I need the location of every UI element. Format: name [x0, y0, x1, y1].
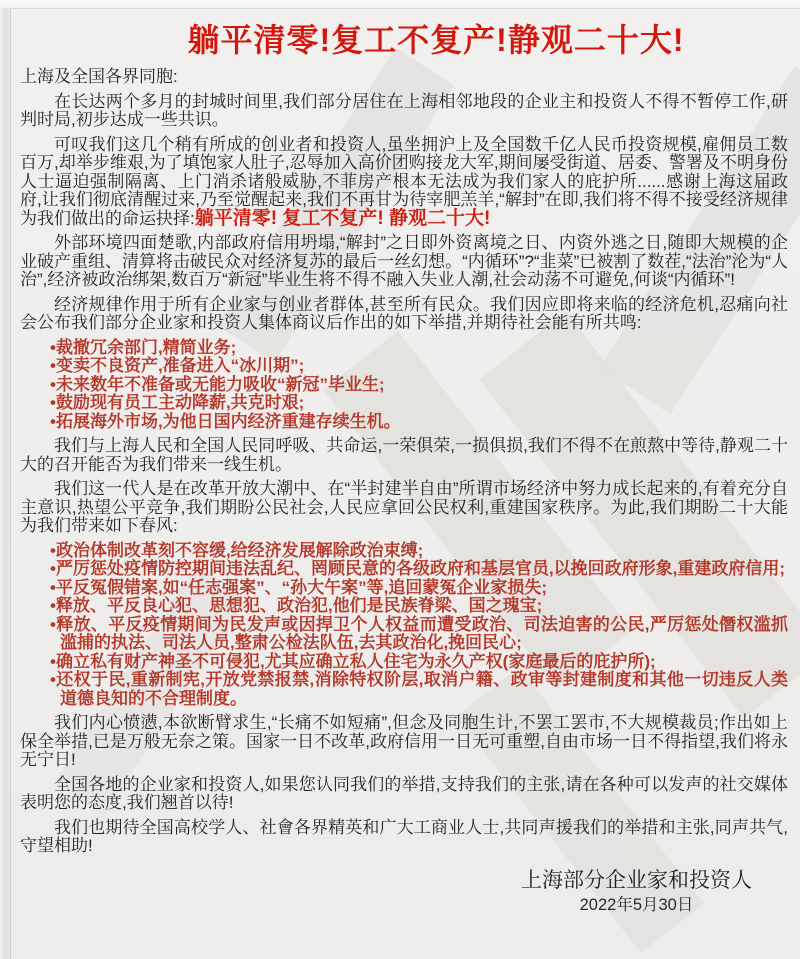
paragraph-2: 可叹我们这几个稍有所成的创业者和投资人,虽坐拥沪上及全国数千亿人民币投资规模,雇… [20, 136, 788, 229]
paragraph-9: 我们也期待全国高校学人、社會各界精英和广大工商业人士,共同声援我们的举措和主张,… [20, 819, 788, 856]
salutation: 上海及全国各界同胞: [20, 68, 788, 87]
list-item: •严厉惩处疫情防控期间违法乱纪、罔顾民意的各级政府和基层官员,以挽回政府形象,重… [50, 560, 788, 579]
list-item: •拓展海外市场,为他日国内经济重建存续生机。 [50, 413, 788, 432]
paragraph-6: 我们这一代人是在改革开放大潮中、在“半封建半自由”所谓市场经济中努力成长起来的,… [20, 480, 788, 536]
appeals-list: •政治体制改革刻不容缓,给经济发展解除政治束缚; •严厉惩处疫情防控期间违法乱纪… [50, 542, 788, 709]
date: 2022年5月30日 [521, 894, 752, 916]
paragraph-8: 全国各地的企业家和投资人,如果您认同我们的举措,支持我们的主张,请在各种可以发声… [20, 776, 788, 813]
inline-slogan: 躺平清零! 复工不复产! 静观二十大! [195, 208, 491, 229]
list-item: •确立私有财产神圣不可侵犯,尤其应确立私人住宅为永久产权(家庭最后的庇护所); [50, 653, 788, 672]
paragraph-7: 我们内心愤懑,本欲断臂求生,“长痛不如短痛”,但念及同胞生计,不罢工罢市,不大规… [20, 714, 788, 770]
signature-row: 上海部分企业家和投资人 2022年5月30日 [20, 868, 788, 916]
document-page: 躺平清零!复工不复产!静观二十大! 上海及全国各界同胞: 在长达两个多月的封城时… [0, 0, 800, 959]
scan-left-edge [0, 8, 11, 959]
paragraph-1: 在长达两个多月的封城时间里,我们部分居住在上海相邻地段的企业主和投资人不得不暂停… [20, 93, 788, 130]
document-body: 躺平清零!复工不复产!静观二十大! 上海及全国各界同胞: 在长达两个多月的封城时… [0, 0, 800, 916]
scan-top-edge [0, 0, 800, 9]
measures-list: •裁撤冗余部门,精简业务; •变卖不良资产,准备进入“冰川期”; •未来数年不准… [50, 339, 788, 432]
paragraph-3: 外部环境四面楚歌,内部政府信用坍塌,“解封”之日即外资离境之日、内资外逃之日,随… [20, 234, 788, 290]
signature-block: 上海部分企业家和投资人 2022年5月30日 [521, 868, 752, 916]
signature: 上海部分企业家和投资人 [521, 868, 752, 894]
paragraph-4: 经济规律作用于所有企业家与创业者群体,甚至所有民众。我们因应即将来临的经济危机,… [20, 296, 788, 333]
list-item: •释放、平反疫情期间为民发声或因捍卫个人权益而遭受政治、司法迫害的公民,严厉惩处… [50, 616, 788, 653]
document-title: 躺平清零!复工不复产!静观二十大! [20, 20, 788, 60]
list-item: •释放、平反良心犯、思想犯、政治犯,他们是民族脊梁、国之瑰宝; [50, 597, 788, 616]
list-item: •未来数年不准备或无能力吸收“新冠”毕业生; [50, 376, 788, 395]
list-item: •平反冤假错案,如“任志强案”、“孙大午案”等,追回蒙冤企业家损失; [50, 579, 788, 598]
paragraph-5: 我们与上海人民和全国人民同呼吸、共命运,一荣俱荣,一损俱损,我们不得不在煎熬中等… [20, 437, 788, 474]
list-item: •变卖不良资产,准备进入“冰川期”; [50, 357, 788, 376]
list-item: •政治体制改革刻不容缓,给经济发展解除政治束缚; [50, 542, 788, 561]
list-item: •还权于民,重新制宪,开放党禁报禁,消除特权阶层,取消户籍、政审等封建制度和其他… [50, 671, 788, 708]
list-item: •裁撤冗余部门,精简业务; [50, 339, 788, 358]
list-item: •鼓励现有员工主动降薪,共克时艰; [50, 394, 788, 413]
